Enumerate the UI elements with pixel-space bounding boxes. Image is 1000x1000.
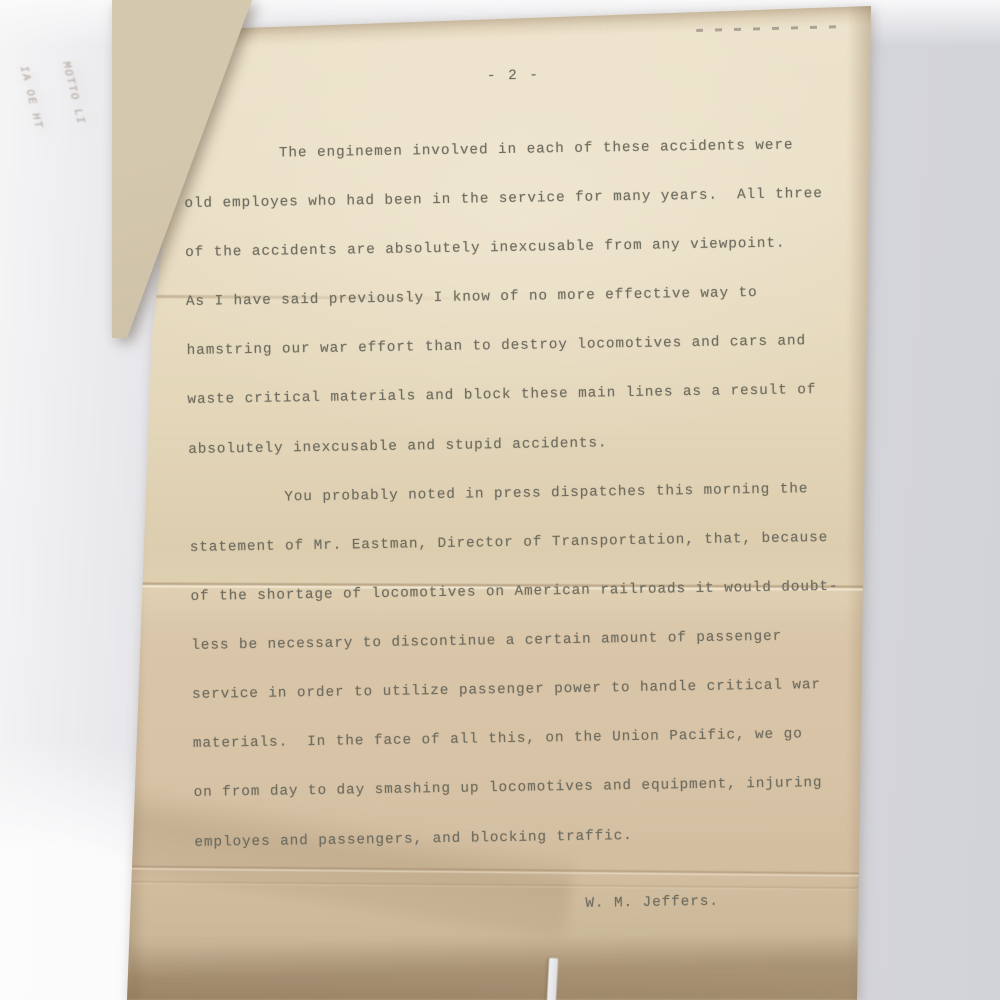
letter-photo: - 2 - The enginemen involved in each of … xyxy=(0,0,1000,1000)
showthrough-line: MOTTO LI xyxy=(58,61,88,125)
showthrough-text: MOTTO LI IA OE HT xyxy=(0,58,116,133)
folded-back-sheet-wrap: MOTTO LI IA OE HT xyxy=(0,0,1000,1000)
showthrough-line: IA OE HT xyxy=(16,65,46,129)
back-sheet-edge-shadow xyxy=(0,0,1000,1000)
